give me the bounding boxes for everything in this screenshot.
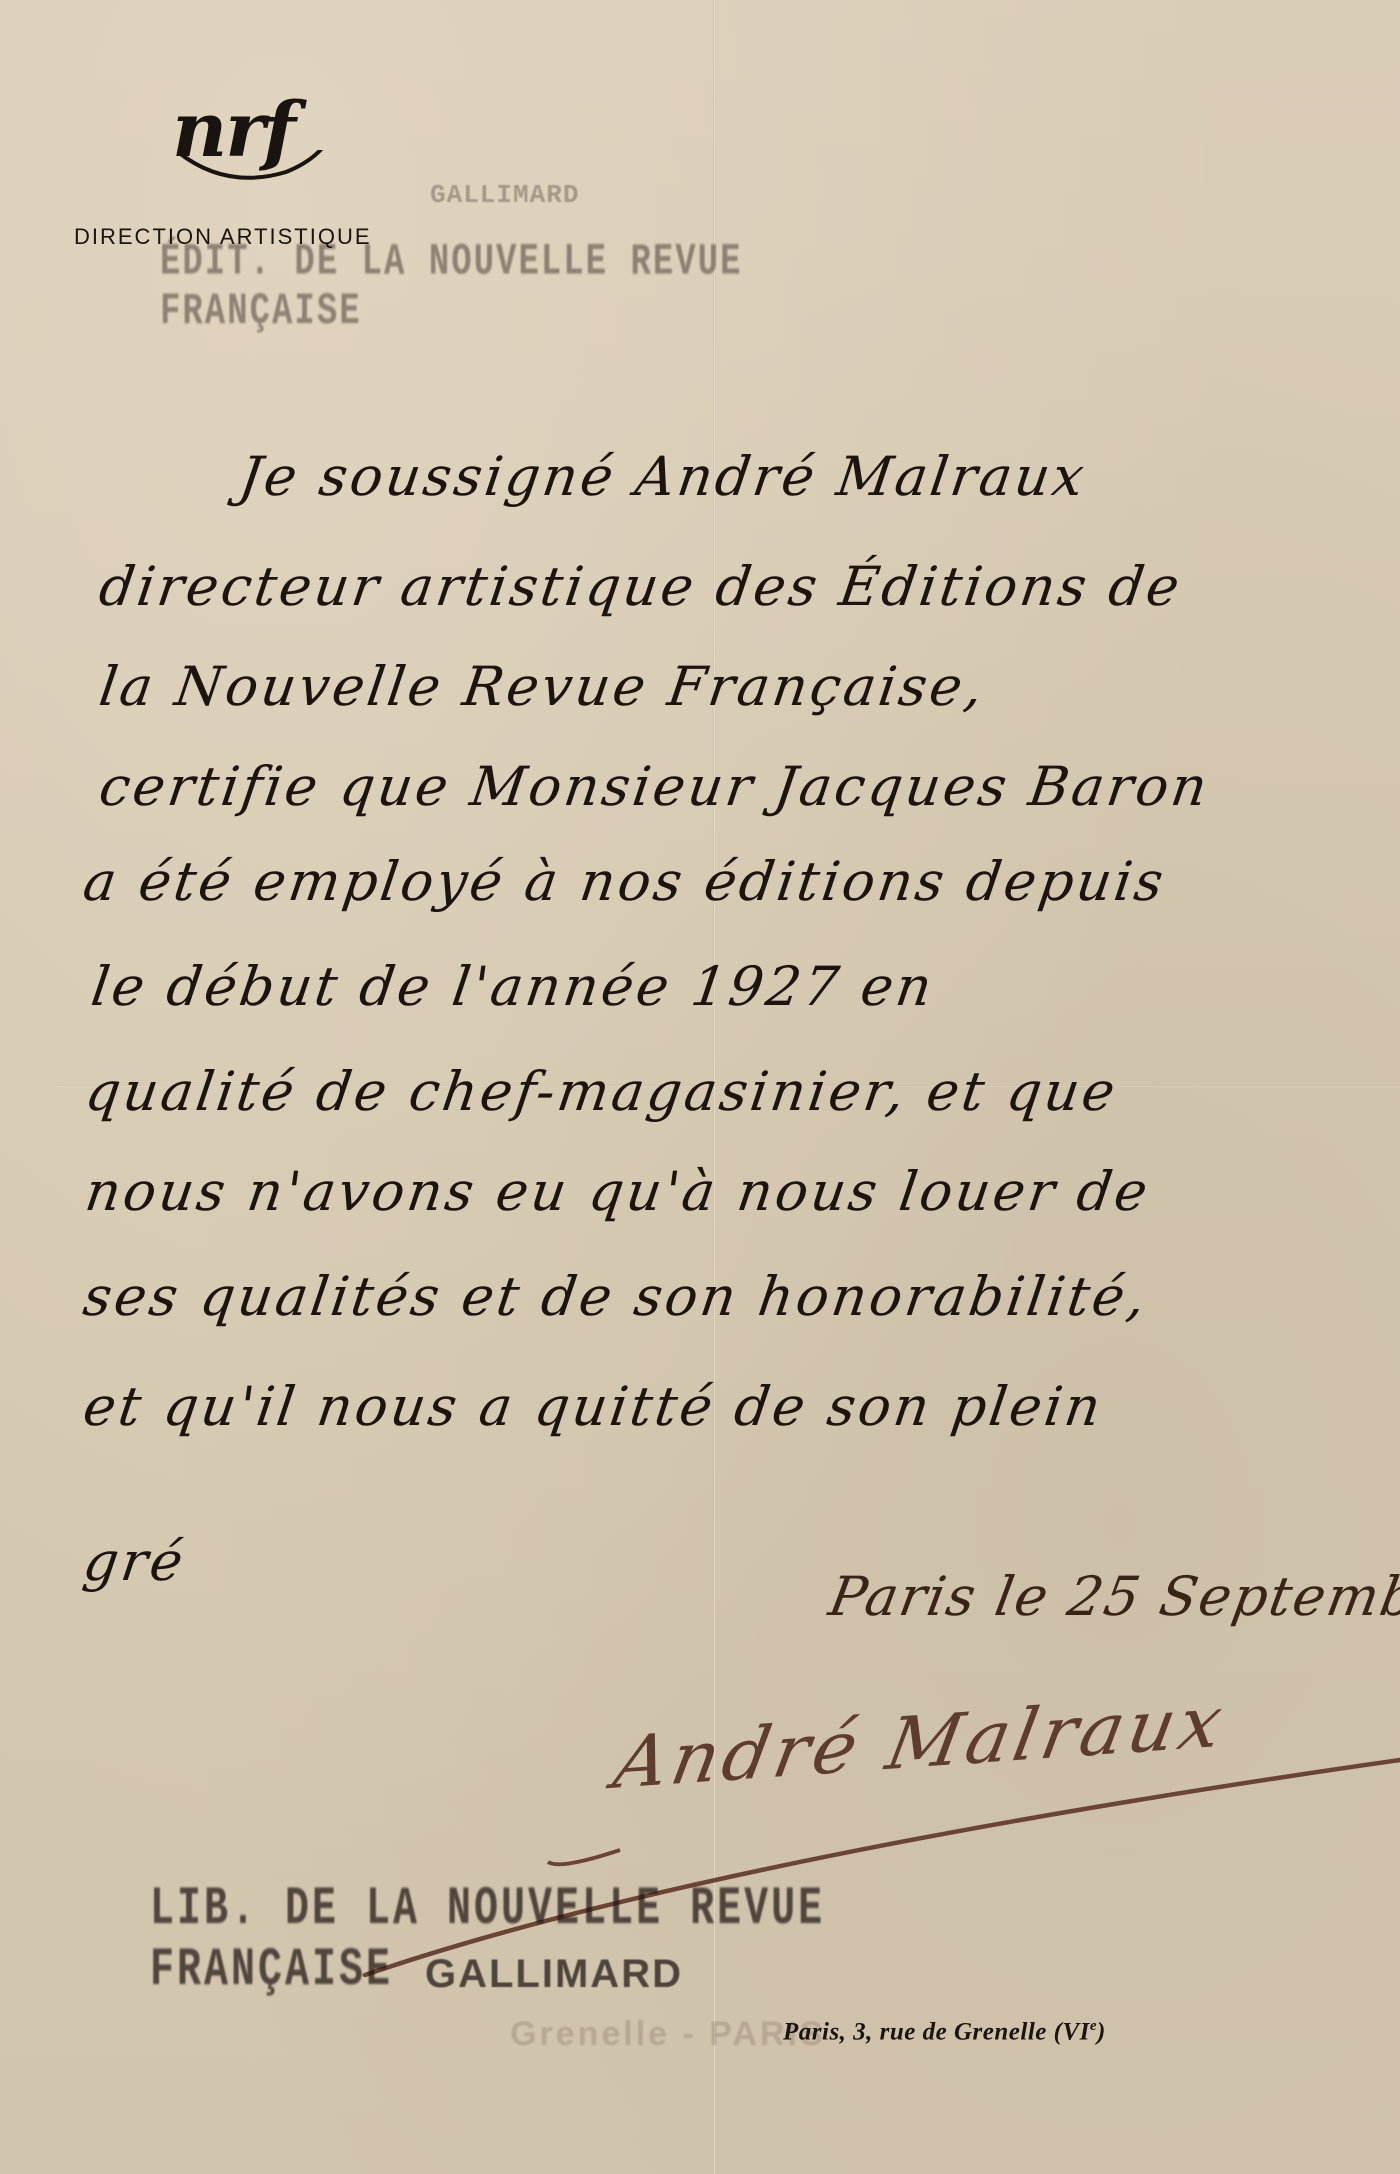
- letter-line: et qu'il nous a quitté de son plein: [80, 1375, 1108, 1438]
- letter-line: Je soussigné André Malraux: [236, 445, 1091, 508]
- stamp-top-line1: GALLIMARD: [430, 180, 579, 210]
- stamp-line3: Grenelle - PARIS: [510, 2015, 826, 2054]
- letter-page: nrf DIRECTION ARTISTIQUE GALLIMARD ÉDIT.…: [0, 0, 1400, 2174]
- stamp-line2: GALLIMARD: [425, 1952, 683, 1997]
- address-text: Paris, 3, rue de Grenelle (VI: [783, 2018, 1090, 2045]
- stamp-top-line2: ÉDIT. DE LA NOUVELLE REVUE FRANÇAISE: [160, 239, 750, 338]
- date-line: Paris le 25 Septembre 1929: [824, 1565, 1400, 1628]
- address-superscript: e: [1090, 2018, 1097, 2034]
- address-close: ): [1097, 2018, 1106, 2045]
- letter-line: directeur artistique des Éditions de: [96, 555, 1187, 618]
- letter-line: le début de l'année 1927 en: [88, 955, 939, 1018]
- letter-line: a été employé à nos éditions depuis: [80, 850, 1170, 913]
- letter-line: la Nouvelle Revue Française,: [96, 655, 990, 718]
- letter-line: qualité de chef-magasinier, et que: [82, 1060, 1122, 1123]
- letter-line: nous n'avons eu qu'à nous louer de: [82, 1160, 1155, 1223]
- letter-line: gré: [80, 1530, 190, 1593]
- signature: André Malraux: [608, 1679, 1232, 1805]
- letter-line: certifie que Monsieur Jacques Baron: [96, 755, 1214, 818]
- publisher-stamp-gallimard: LIB. DE LA NOUVELLE REVUE FRANÇAISE GALL…: [150, 1880, 830, 2080]
- faded-publisher-stamp-top: GALLIMARD ÉDIT. DE LA NOUVELLE REVUE FRA…: [160, 180, 750, 300]
- letterhead-address: Paris, 3, rue de Grenelle (VIe): [783, 2018, 1106, 2046]
- letter-line: ses qualités et de son honorabilité,: [80, 1265, 1152, 1328]
